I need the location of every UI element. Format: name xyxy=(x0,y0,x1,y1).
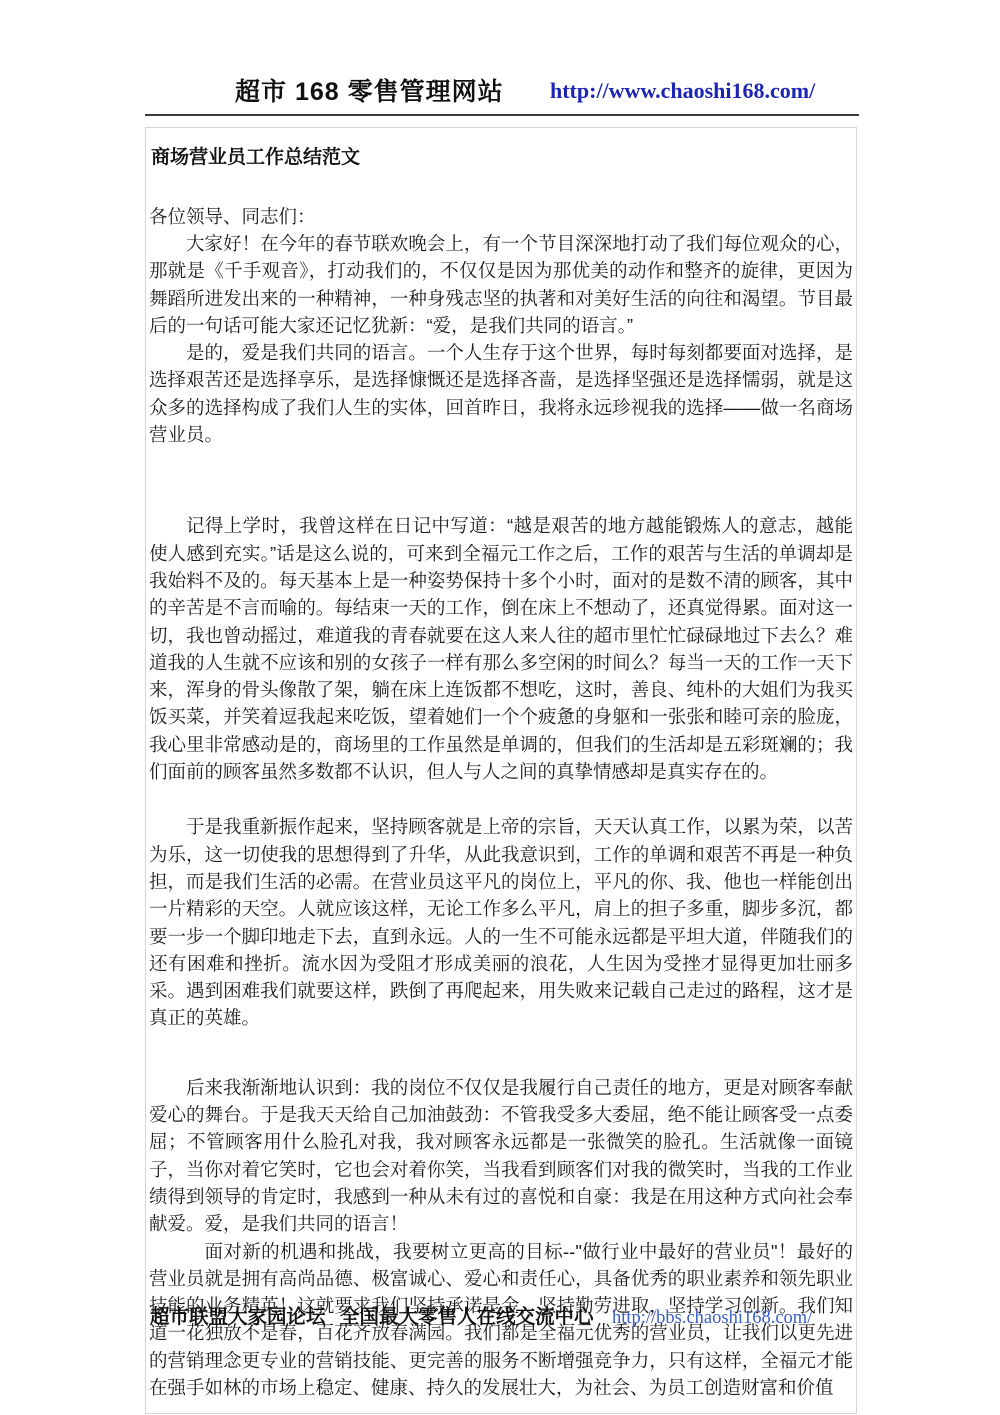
paragraph-4: 于是我重新振作起来，坚持顾客就是上帝的宗旨，天天认真工作，以累为荣，以苦为乐，这… xyxy=(149,813,853,1031)
paragraph-1: 大家好！在今年的春节联欢晚会上，有一个节目深深地打动了我们每位观众的心，那就是《… xyxy=(149,230,853,339)
site-url-link[interactable]: http://www.chaoshi168.com/ xyxy=(550,78,815,104)
footer-forum-description: 全国最大零售人在线交流中心 xyxy=(340,1306,594,1328)
site-title: 超市 168 零售管理网站 xyxy=(235,72,504,108)
footer-forum-url-link[interactable]: http://bbs.chaoshi168.com/ xyxy=(612,1308,812,1328)
document-title: 商场营业员工作总结范文 xyxy=(151,142,853,169)
paragraph-2: 是的，爱是我们共同的语言。一个人生存于这个世界，每时每刻都要面对选择，是选择艰苦… xyxy=(149,339,853,448)
page: 超市 168 零售管理网站 http://www.chaoshi168.com/… xyxy=(0,0,1000,1415)
footer-forum-name: 超市联盟大家园论坛 xyxy=(150,1306,326,1328)
salutation: 各位领导、同志们： xyxy=(149,203,853,230)
header-divider xyxy=(145,114,859,116)
paragraph-3: 记得上学时，我曾这样在日记中写道：“越是艰苦的地方越能锻炼人的意志，越能使人感到… xyxy=(149,512,853,785)
footer: 超市联盟大家园论坛 全国最大零售人在线交流中心 http://bbs.chaos… xyxy=(150,1301,812,1329)
paragraph-5: 后来我渐渐地认识到：我的岗位不仅仅是我履行自己责任的地方，更是对顾客奉献爱心的舞… xyxy=(149,1074,853,1238)
document-body: 商场营业员工作总结范文 各位领导、同志们： 大家好！在今年的春节联欢晚会上，有一… xyxy=(145,127,857,1414)
